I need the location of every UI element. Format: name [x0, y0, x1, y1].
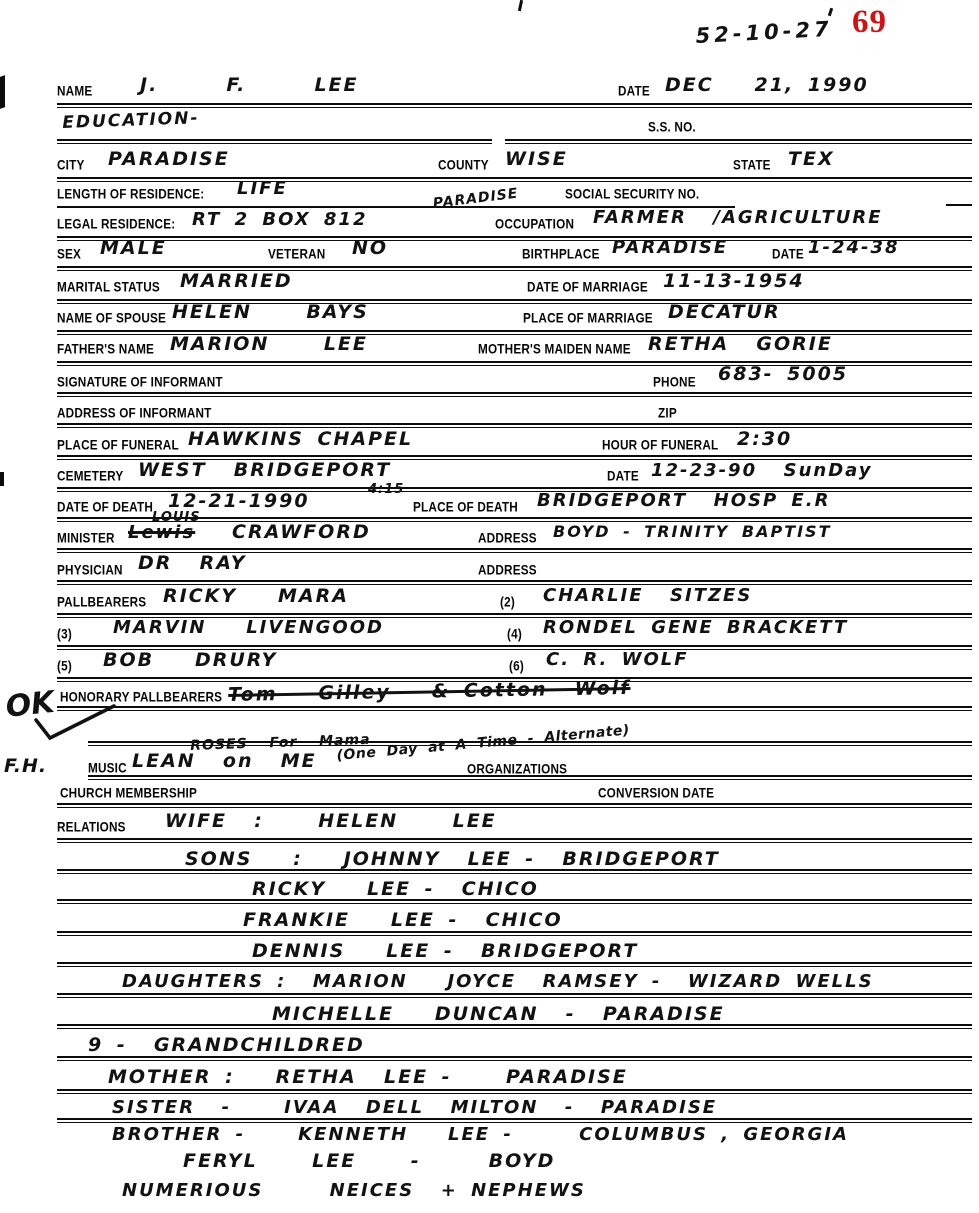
birth-date-value: 1-24-38 — [808, 237, 900, 258]
rule — [57, 869, 972, 871]
ssn-label: S.S. NO. — [648, 119, 696, 135]
length-of-residence-label: LENGTH OF RESIDENCE: — [57, 186, 204, 202]
relation-line: WIFE : HELEN LEE — [165, 810, 497, 832]
relation-line: SISTER - IVAA DELL MILTON - PARADISE — [112, 1097, 717, 1118]
rule — [57, 1089, 972, 1091]
pallbearer-6-number: (6) — [509, 658, 524, 674]
page-number: 69 — [852, 4, 887, 41]
name-value: J. F. LEE — [140, 74, 359, 96]
scan-artifact — [828, 8, 833, 17]
funeral-date-value: 12-23-90 SunDay — [651, 460, 872, 481]
sex-value: MALE — [100, 237, 167, 259]
scan-artifact — [518, 0, 523, 11]
address-of-informant-label: ADDRESS OF INFORMANT — [57, 405, 212, 421]
rule — [946, 204, 972, 206]
rule — [57, 1024, 972, 1026]
mothers-maiden-name-label: MOTHER'S MAIDEN NAME — [478, 341, 631, 357]
church-membership-label: CHURCH MEMBERSHIP — [60, 785, 197, 801]
veteran-value: NO — [352, 237, 388, 259]
conversion-date-label: CONVERSION DATE — [598, 785, 714, 801]
birth-date-label: DATE — [772, 246, 804, 262]
relation-line: NUMERIOUS NEICES + NEPHEWS — [122, 1180, 586, 1201]
date-label: DATE — [618, 83, 650, 99]
place-of-marriage-value: DECATUR — [668, 301, 781, 323]
relation-line: DENNIS LEE - BRIDGEPORT — [252, 940, 638, 962]
rule — [57, 266, 972, 268]
birthplace-value: PARADISE — [612, 237, 728, 258]
rule — [57, 1056, 972, 1058]
rule — [57, 899, 972, 901]
music-alternate-note: (One Day at A Time - Alternate) — [336, 722, 630, 764]
place-of-death-label: PLACE OF DEATH — [413, 499, 518, 515]
rule — [57, 613, 972, 615]
county-value: WISE — [505, 148, 568, 170]
cemetery-label: CEMETERY — [57, 468, 123, 484]
rule — [57, 993, 972, 995]
minister-address-label: ADDRESS — [478, 530, 537, 546]
rule — [57, 1118, 972, 1120]
rule — [57, 392, 972, 394]
physician-label: PHYSICIAN — [57, 562, 123, 578]
sex-label: SEX — [57, 246, 81, 262]
city-value: PARADISE — [108, 148, 230, 170]
place-of-funeral-value: HAWKINS CHAPEL — [188, 428, 413, 450]
occupation-value: FARMER /AGRICULTURE — [593, 207, 883, 228]
physician-value: DR RAY — [138, 552, 247, 574]
minister-struck-value: Lewis — [128, 522, 195, 543]
rule — [57, 645, 972, 647]
pallbearer-2-number: (2) — [500, 594, 515, 610]
signature-of-informant-label: SIGNATURE OF INFORMANT — [57, 374, 223, 390]
pallbearer-3-number: (3) — [57, 626, 72, 642]
minister-correction: LOUIS — [152, 510, 201, 525]
pallbearer-3: MARVIN LIVENGOOD — [113, 617, 384, 638]
time-of-death-note: 4:15 — [368, 482, 404, 497]
birthplace-label: BIRTHPLACE — [522, 246, 600, 262]
music-value: LEAN on ME — [132, 750, 317, 772]
mothers-maiden-name-value: RETHA GORIE — [648, 333, 833, 355]
relation-line: MOTHER : RETHA LEE - PARADISE — [108, 1066, 628, 1088]
name-label: NAME — [57, 83, 92, 99]
funeral-date-label: DATE — [607, 468, 639, 484]
relation-line: 9 - GRANDCHILDRED — [88, 1034, 365, 1056]
social-security-label: SOCIAL SECURITY NO. — [565, 186, 699, 202]
phone-label: PHONE — [653, 374, 696, 390]
relation-line: BROTHER - KENNETH LEE - COLUMBUS , GEORG… — [112, 1124, 849, 1145]
file-number: 52-10-27 — [695, 17, 833, 48]
physician-address-label: ADDRESS — [478, 562, 537, 578]
hour-of-funeral-value: 2:30 — [737, 428, 792, 450]
pallbearers-label: PALLBEARERS — [57, 594, 146, 610]
pallbearer-6: C. R. WOLF — [546, 649, 689, 670]
check-mark-icon — [30, 698, 120, 742]
relation-line: FRANKIE LEE - CHICO — [243, 909, 563, 931]
name-of-spouse-value: HELEN BAYS — [172, 301, 369, 323]
minister-value: CRAWFORD — [232, 521, 371, 543]
music-label: MUSIC — [88, 760, 127, 776]
relation-line: MICHELLE DUNCAN - PARADISE — [272, 1003, 725, 1025]
rule — [88, 775, 972, 777]
date-of-marriage-value: 11-13-1954 — [663, 270, 805, 292]
date-of-death-label: DATE OF DEATH — [57, 499, 153, 515]
rule — [505, 139, 972, 141]
date-of-death-value: 12-21-1990 — [168, 490, 310, 512]
fathers-name-value: MARION LEE — [170, 333, 368, 355]
relation-line: SONS : JOHNNY LEE - BRIDGEPORT — [185, 848, 720, 870]
state-label: STATE — [733, 157, 771, 173]
rule — [57, 838, 972, 840]
minister-address-value: BOYD - TRINITY BAPTIST — [553, 522, 832, 541]
date-of-marriage-label: DATE OF MARRIAGE — [527, 279, 648, 295]
pallbearer-5-number: (5) — [57, 658, 72, 674]
rule — [57, 487, 972, 489]
pallbearer-4: RONDEL GENE BRACKETT — [543, 617, 848, 638]
pallbearer-5: BOB DRURY — [103, 649, 277, 671]
scan-artifact — [0, 472, 4, 486]
city-label: CITY — [57, 157, 85, 173]
hour-of-funeral-label: HOUR OF FUNERAL — [602, 437, 718, 453]
rule — [57, 580, 972, 582]
rule — [57, 423, 972, 425]
rule — [57, 803, 972, 805]
legal-residence-label: LEGAL RESIDENCE: — [57, 216, 175, 232]
pallbearer-4-number: (4) — [507, 626, 522, 642]
pallbearer-1: RICKY MARA — [163, 585, 349, 607]
marital-status-value: MARRIED — [180, 270, 293, 292]
relation-line: RICKY LEE - CHICO — [252, 878, 539, 900]
minister-label: MINISTER — [57, 530, 115, 546]
rule — [57, 548, 972, 550]
rule — [57, 931, 972, 933]
place-of-marriage-label: PLACE OF MARRIAGE — [523, 310, 653, 326]
place-of-funeral-label: PLACE OF FUNERAL — [57, 437, 179, 453]
education-note: EDUCATION- — [62, 108, 200, 133]
phone-value: 683- 5005 — [718, 363, 848, 385]
zip-label: ZIP — [658, 405, 677, 421]
rule — [57, 103, 972, 105]
relations-label: RELATIONS — [57, 819, 126, 835]
rule — [57, 455, 972, 457]
fathers-name-label: FATHER'S NAME — [57, 341, 154, 357]
scan-artifact — [0, 75, 5, 109]
relation-line: DAUGHTERS : MARION JOYCE RAMSEY - WIZARD… — [122, 971, 874, 992]
relation-line: FERYL LEE - BOYD — [183, 1150, 555, 1172]
veteran-label: VETERAN — [268, 246, 325, 262]
state-value: TEX — [788, 148, 835, 170]
pallbearer-2: CHARLIE SITZES — [543, 585, 752, 606]
rule — [57, 706, 972, 708]
legal-residence-value: RT 2 BOX 812 — [192, 209, 368, 230]
length-of-residence-value: LIFE — [237, 178, 288, 199]
county-label: COUNTY — [438, 157, 489, 173]
place-of-death-value: BRIDGEPORT HOSP E.R — [537, 490, 830, 511]
occupation-label: OCCUPATION — [495, 216, 574, 232]
marital-status-label: MARITAL STATUS — [57, 279, 160, 295]
rule — [57, 139, 492, 141]
funeral-record-form: 52-10-27 69 NAME J. F. LEE DATE DEC 21, … — [0, 0, 979, 1213]
name-of-spouse-label: NAME OF SPOUSE — [57, 310, 166, 326]
rule — [57, 962, 972, 964]
rule — [57, 330, 972, 332]
rule — [57, 177, 972, 179]
date-value: DEC 21, 1990 — [665, 74, 869, 96]
cemetery-value: WEST BRIDGEPORT — [138, 459, 391, 481]
margin-fh-note: F.H. — [4, 755, 47, 777]
